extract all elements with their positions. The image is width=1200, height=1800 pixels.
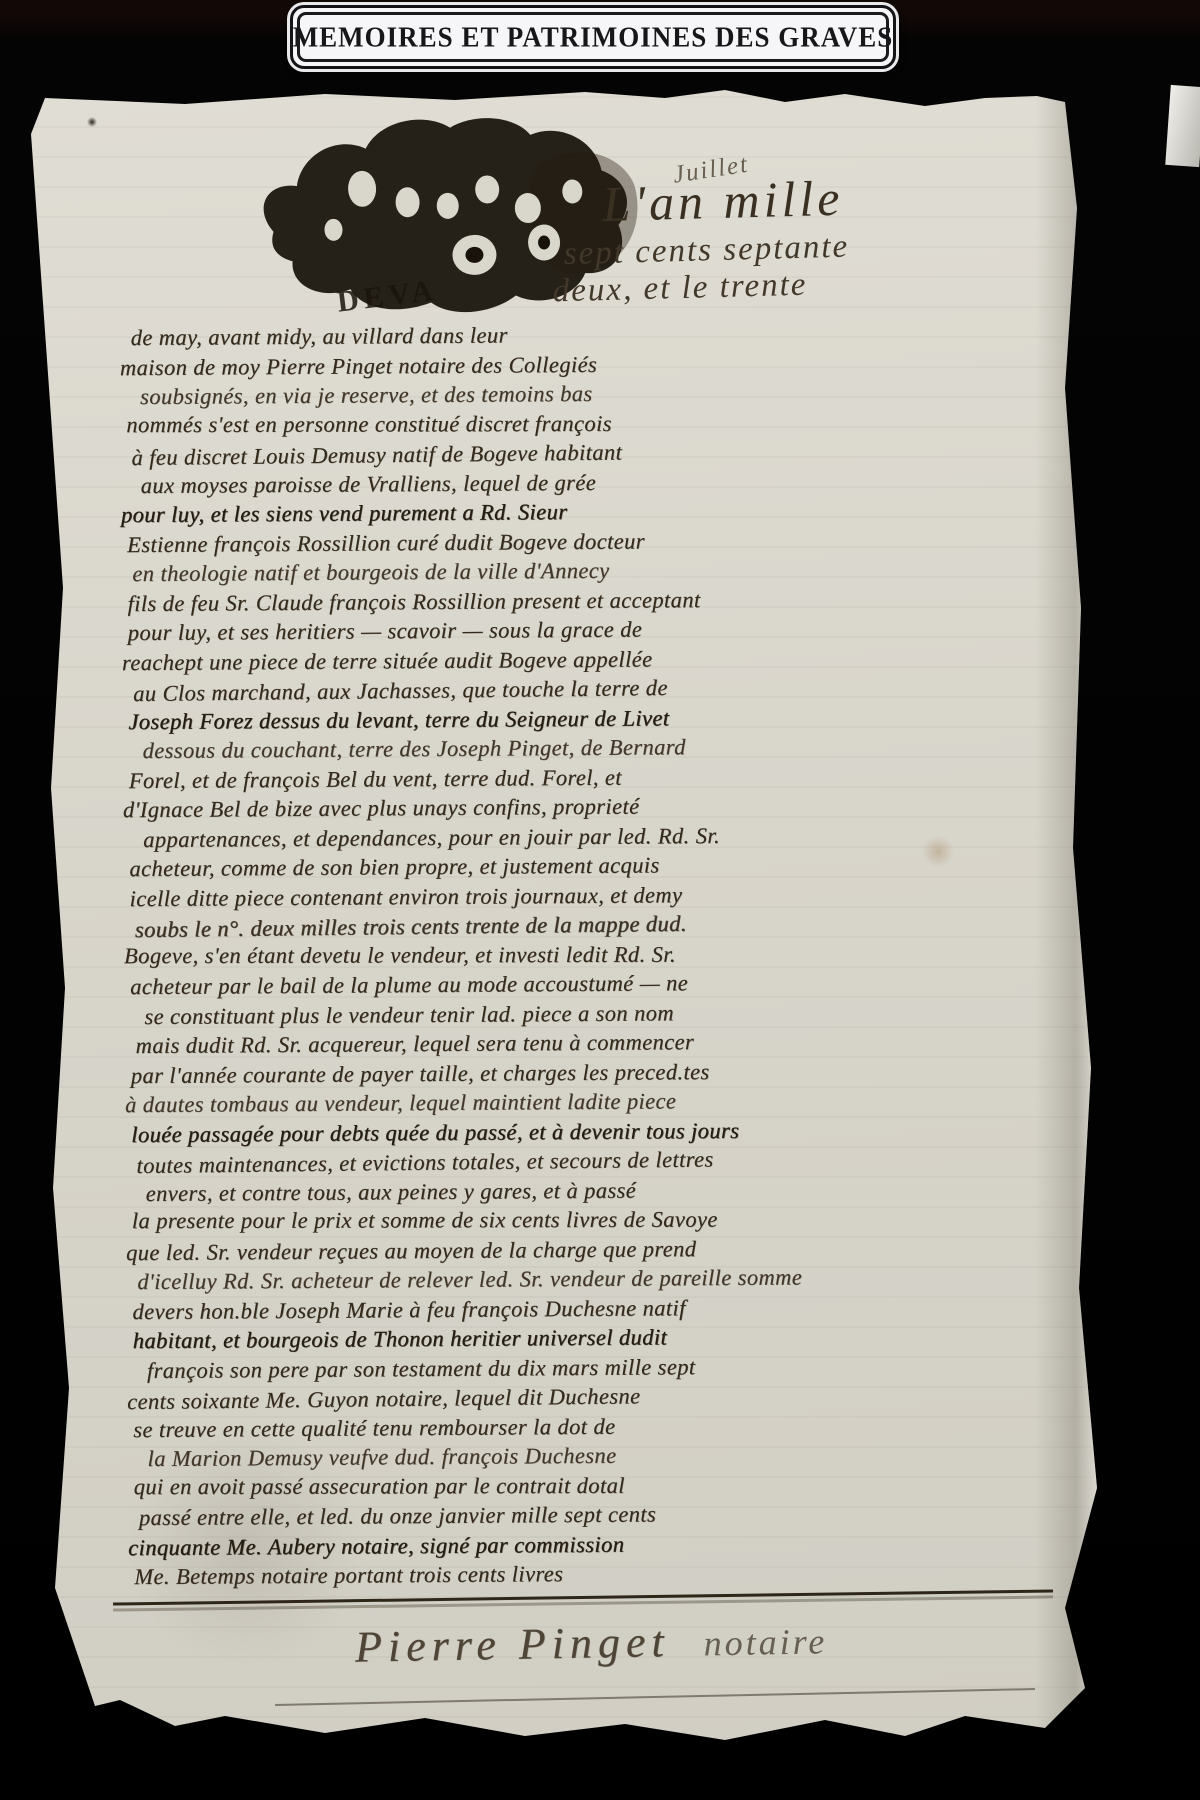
frame-edge-reflection xyxy=(1165,85,1200,167)
photo-stage: MEMOIRES ET PATRIMOINES DES GRAVES DEVA … xyxy=(0,0,1200,1800)
deed-body: de may, avant midy, au villard dans leur… xyxy=(126,317,1035,1592)
margin-note: aur xyxy=(10,279,40,305)
manuscript-line: la Marion Demusy veufve dud. françois Du… xyxy=(147,1438,1033,1474)
signature-title: notaire xyxy=(703,1620,827,1664)
manuscript-line: Bogeve, s'en étant devetu le vendeur, et… xyxy=(124,938,1030,970)
opening-line-1: L'an mille xyxy=(602,163,1045,233)
closing-rule xyxy=(113,1589,1053,1605)
archive-banner-title: MEMOIRES ET PATRIMOINES DES GRAVES xyxy=(293,21,894,54)
page-right-crease xyxy=(1035,88,1125,1748)
opening-lines: Juillet L'an mille sept cents septante d… xyxy=(543,129,1047,310)
signature-block: Pierre Pinget notaire xyxy=(355,1610,996,1672)
signature-name: Pierre Pinget xyxy=(355,1616,670,1672)
manuscript-line: Me. Betemps notaire portant trois cents … xyxy=(134,1556,1034,1592)
manuscript-line: qui en avoit passé assecuration par le c… xyxy=(134,1469,1034,1501)
page-fold-crease xyxy=(0,1568,44,1735)
manuscript-page: DEVA aur Juillet L'an mille sept cents s… xyxy=(25,88,1125,1748)
manuscript-line: soubsignés, en via je reserve, et des te… xyxy=(140,376,1026,412)
signature-flourish xyxy=(275,1688,1035,1706)
archive-banner: MEMOIRES ET PATRIMOINES DES GRAVES xyxy=(290,5,896,69)
manuscript-line: la presente pour le prix et somme de six… xyxy=(132,1204,1032,1236)
